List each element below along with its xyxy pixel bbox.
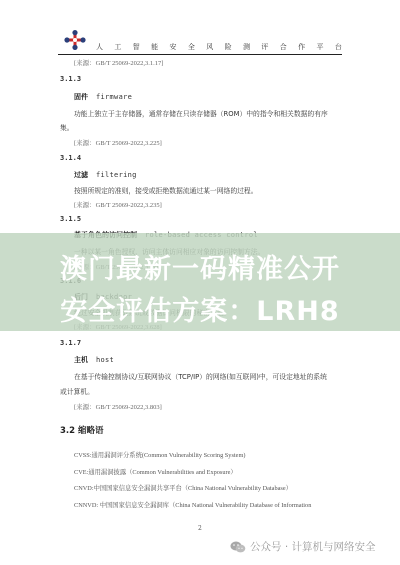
source-citation: [来源：GB/T 25069-2022,3.803]	[74, 402, 162, 411]
header-char: 测	[243, 42, 250, 52]
logo-icon	[64, 30, 86, 50]
section-number: 3.1.4	[60, 154, 81, 162]
header-char: 全	[188, 42, 195, 52]
term-en: host	[96, 356, 114, 364]
section-number: 3.1.3	[60, 75, 81, 83]
term-heading: 主机host	[74, 355, 114, 365]
document-page: 人 工 智 能 安 全 风 险 测 评 合 作 平 台 [来源：GB/T 250…	[0, 0, 400, 565]
watermark-text: 公众号 · 计算机与网络安全	[250, 539, 376, 554]
header-char: 合	[280, 42, 287, 52]
banner-title-line2: 安全评估方案：LRH8	[0, 289, 400, 328]
header-char: 人	[96, 42, 103, 52]
header-char: 工	[114, 42, 121, 52]
watermark: 公众号 · 计算机与网络安全	[230, 539, 376, 554]
header-char: 作	[298, 42, 305, 52]
header-char: 安	[170, 42, 177, 52]
definition-text: 在基于传输控制协议/互联网协议（TCP/IP）的网络(如互联网)中，可设定地址的…	[74, 371, 327, 381]
abbreviations-heading: 3.2 缩略语	[60, 424, 104, 436]
header-char: 评	[261, 42, 268, 52]
term-en: filtering	[96, 171, 137, 179]
header-char: 能	[151, 42, 158, 52]
abbreviation-item: CNVD:中国国家信息安全漏洞共享平台（China National Vulne…	[74, 483, 292, 492]
header-char: 平	[317, 42, 324, 52]
document-header: 人 工 智 能 安 全 风 险 测 评 合 作 平 台	[58, 28, 342, 55]
abbreviation-item: CVE:通用漏洞披露（Common Vulnerabilities and Ex…	[74, 467, 237, 476]
abbreviation-item: CNNVD: 中国国家信息安全漏洞库（China National Vulner…	[74, 500, 311, 509]
page-number: 2	[198, 525, 202, 532]
definition-text: 按照所规定的准则，接受或拒绝数据流通过某一网络的过程。	[74, 185, 258, 195]
header-char: 风	[206, 42, 213, 52]
term-en: firmware	[96, 93, 132, 101]
term-heading: 过滤filtering	[74, 170, 137, 180]
term-zh: 主机	[74, 356, 88, 364]
header-char: 台	[335, 42, 342, 52]
header-char: 智	[133, 42, 140, 52]
definition-text: 或计算机。	[60, 386, 94, 396]
section-number: 3.1.5	[60, 215, 81, 223]
section-number: 3.1.7	[60, 339, 81, 347]
wechat-icon	[230, 541, 246, 553]
source-citation: [来源：GB/T 25069-2022,3.225]	[74, 138, 162, 147]
term-zh: 固件	[74, 93, 88, 101]
source-citation: [来源：GB/T 25069-2022,3.235]	[74, 200, 162, 209]
definition-text: 功能上独立于主存储器，通常存储在只读存储器（ROM）中的指令和相关数据的有序	[74, 108, 328, 118]
definition-text: 集。	[60, 122, 74, 132]
term-zh: 过滤	[74, 171, 88, 179]
title-banner: 澳门最新一码精准公开 安全评估方案：LRH8	[0, 233, 400, 331]
banner-title-line1: 澳门最新一码精准公开	[0, 247, 400, 286]
source-citation: [来源：GB/T 25069-2022,3.1.17]	[74, 58, 163, 67]
header-title: 人 工 智 能 安 全 风 险 测 评 合 作 平 台	[96, 42, 342, 52]
term-heading: 固件firmware	[74, 92, 132, 102]
abbreviation-item: CVSS:通用漏洞评分系统(Common Vulnerability Scori…	[74, 450, 245, 459]
header-char: 险	[225, 42, 232, 52]
